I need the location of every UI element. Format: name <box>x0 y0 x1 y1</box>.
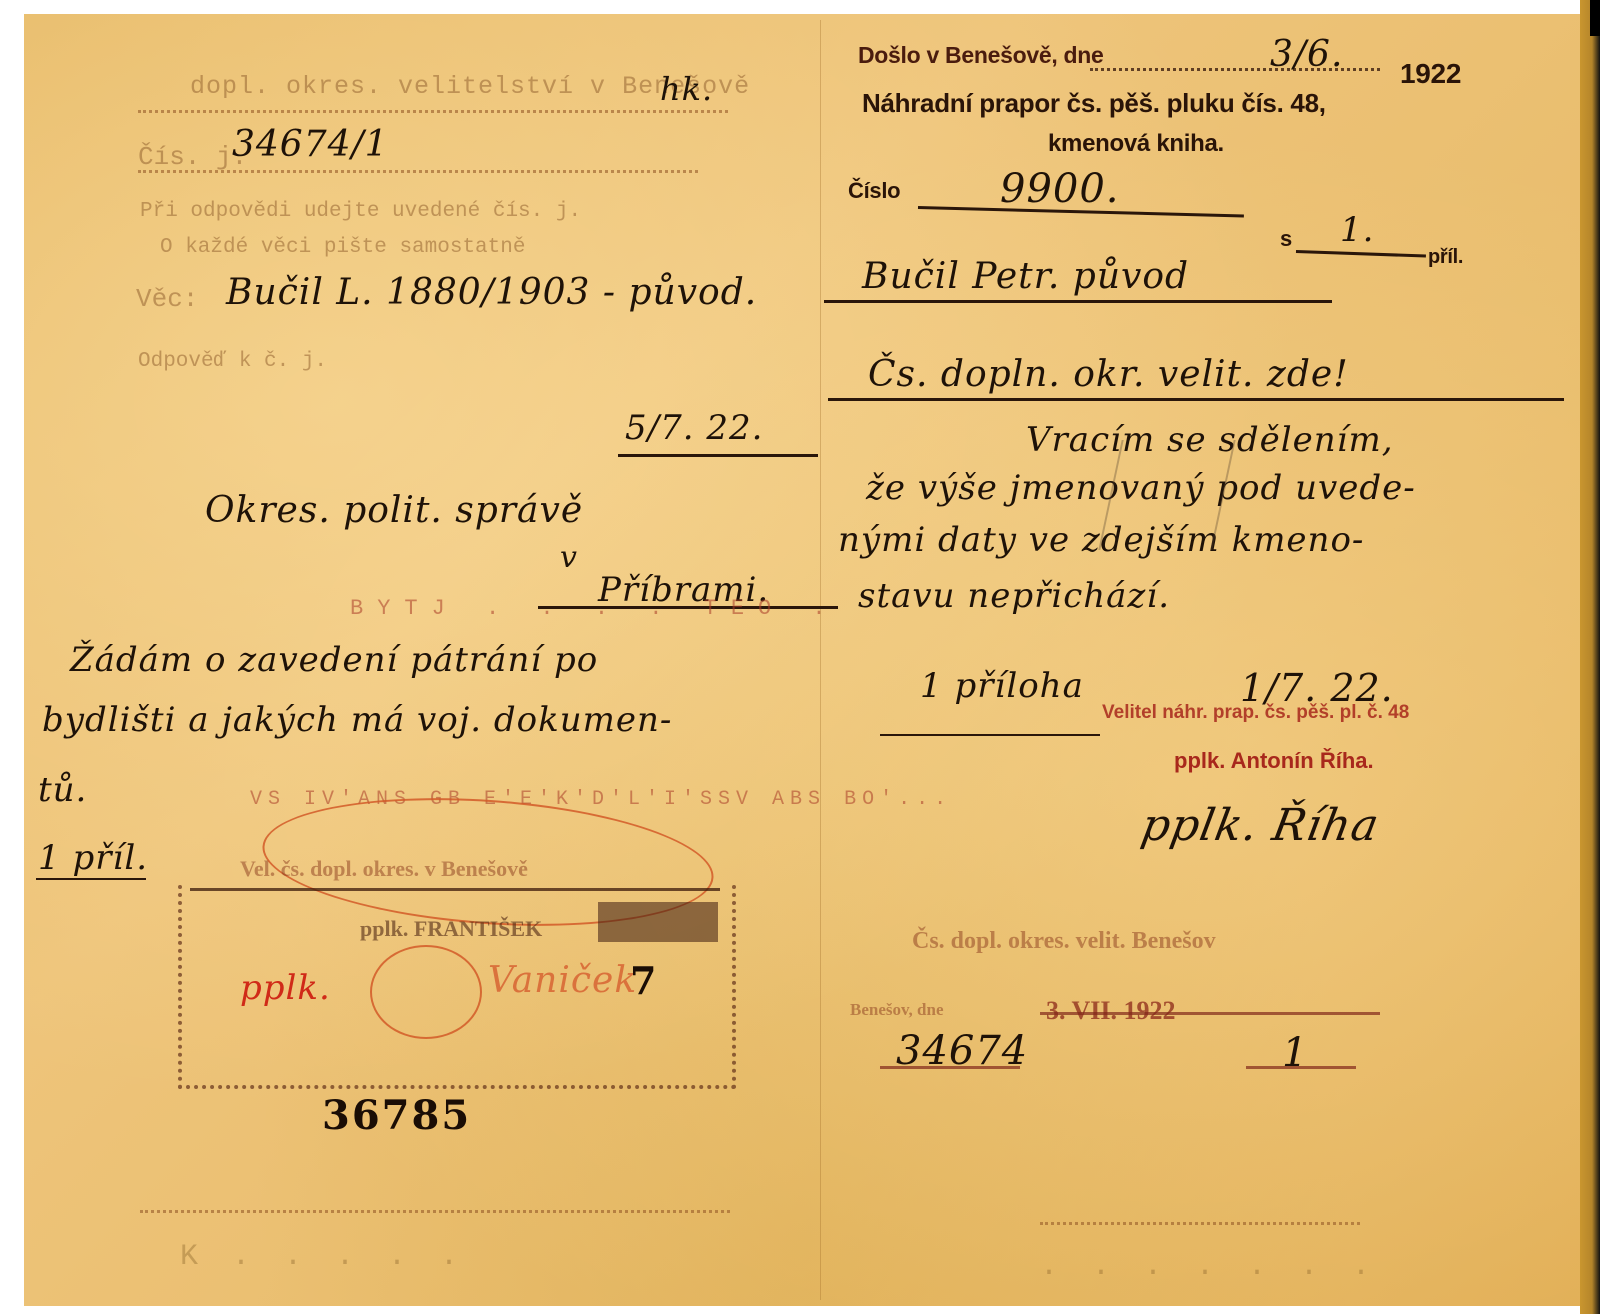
date-underline <box>618 454 818 457</box>
office-annotation: hk. <box>660 70 713 108</box>
serial-number: 36785 <box>322 1092 471 1139</box>
recipient-underline <box>828 398 1564 401</box>
receipt-date-strike <box>1040 1012 1380 1015</box>
commander-stamp-line-2: pplk. Antonín Říha. <box>1174 748 1374 774</box>
vec-value: Bučil L. 1880/1903 - původ. <box>226 272 757 313</box>
cislo-value: 34674/1 <box>232 124 389 165</box>
scan-edge <box>1580 0 1600 1314</box>
addressee: Okres. polit. správě <box>205 490 583 531</box>
request-line-2: bydlišti a jakých má voj. dokumen- <box>42 700 672 740</box>
red-signature-name: Vaniček <box>488 960 637 1001</box>
attachments-count: 1. <box>1340 210 1374 250</box>
bottom-right-dotted <box>1040 1222 1360 1225</box>
scan-corner <box>1590 0 1600 36</box>
right-attachment: 1 příloha <box>920 666 1084 706</box>
recipient: Čs. dopln. okr. velit. zde! <box>868 354 1349 395</box>
commander-stamp-line-1: Velitel náhr. prap. čs. pěš. pl. č. 48 <box>1102 702 1409 724</box>
bottom-left-dotted <box>140 1210 730 1213</box>
receipt-attachments-underline <box>1246 1066 1356 1069</box>
receipt-attachments: 1 <box>1282 1030 1308 1076</box>
subject: Bučil Petr. původ <box>862 256 1189 297</box>
attachment-note: 1 příl. <box>38 838 148 878</box>
receipt-place-label: Benešov, dne <box>850 1000 944 1020</box>
letter-date: 5/7. 22. <box>625 408 763 448</box>
received-label: Došlo v Benešově, dne <box>858 42 1104 69</box>
commander-signature: pplk. Říha <box>1138 800 1384 851</box>
stamp-smudge <box>598 902 718 942</box>
subject-underline <box>824 300 1332 303</box>
unit-line: Náhradní prapor čs. pěš. pluku čís. 48, <box>862 88 1326 119</box>
book-line: kmenová kniha. <box>1048 130 1224 158</box>
office-underline <box>138 110 728 113</box>
paper-fold <box>820 20 821 1300</box>
commander-stamp-text: Velitel náhr. prap. čs. pěš. pl. č. 48 <box>1102 702 1409 723</box>
red-signature-loop <box>370 945 482 1039</box>
receipt-ref-underline <box>880 1066 1020 1069</box>
faded-mirror-line-1: BYTJ . . . . TEO . <box>350 596 840 621</box>
attachments-label: příl. <box>1428 246 1463 269</box>
receipt-date: 3. VII. 1922 <box>1046 996 1176 1026</box>
right-cislo-label: Číslo <box>848 178 900 204</box>
message-line-4: stavu nepřichází. <box>858 576 1170 616</box>
odpoved-label: Odpověď k č. j. <box>138 350 327 373</box>
instruction-2: O každé věci pište samostatně <box>160 236 525 259</box>
receipt-stamp-office: Čs. dopl. okres. velit. Benešov <box>912 928 1216 955</box>
stamp-header: Vel. čs. dopl. okres. v Benešově <box>240 856 528 882</box>
cislo-label: Čís. j. <box>138 142 247 172</box>
faded-bottom-right: . . . . . . . <box>1040 1250 1378 1284</box>
stamp-day: 7 <box>630 958 658 1003</box>
request-line-3: tů. <box>38 770 87 810</box>
instruction-1: Při odpovědi udejte uvedené čís. j. <box>140 200 581 223</box>
request-line-1: Žádám o zavedení pátrání po <box>70 640 598 680</box>
cislo-underline <box>138 170 698 173</box>
received-date: 3/6. <box>1270 34 1343 75</box>
addressee-prefix: v <box>560 540 578 575</box>
s-label: s <box>1280 226 1292 252</box>
vec-label: Věc: <box>136 284 198 314</box>
right-cislo-value: 9900. <box>1000 166 1120 212</box>
received-year: 1922 <box>1400 58 1461 90</box>
red-signature-title: pplk. <box>240 968 331 1008</box>
stamp-name: pplk. FRANTIŠEK <box>360 916 542 942</box>
faint-pencil-mark <box>1098 440 1235 550</box>
attachment-underline <box>36 878 146 880</box>
faded-bottom-left: K . . . . . <box>180 1240 466 1274</box>
stamp-strikeline <box>190 888 720 891</box>
attachment-flourish <box>880 734 1100 736</box>
